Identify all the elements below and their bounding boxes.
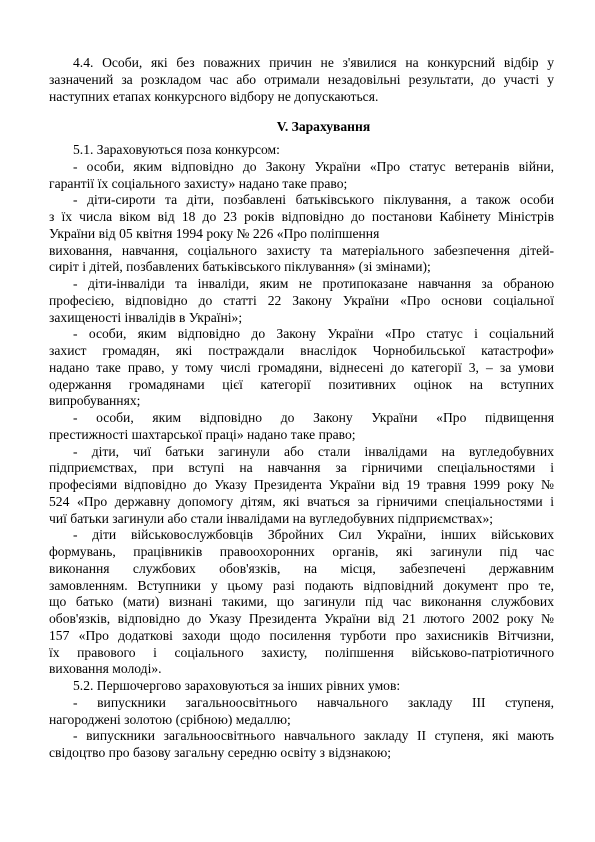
item-gold-medal: - випускники загальноосвітнього навчальн…	[49, 695, 554, 729]
text-line: престижності шахтарської праці» надано т…	[49, 427, 554, 444]
text-line: 524 «Про державну допомогу дітям, які вч…	[49, 494, 554, 511]
text-line: одержання громадянами цієї категорії поз…	[49, 377, 554, 394]
text-line: України від 05 квітня 1994 року № 226 «П…	[49, 226, 554, 243]
text-line: - особи, яким відповідно до Закону Украї…	[49, 410, 554, 427]
text-line: - діти, чиї батьки загинули або стали ін…	[49, 444, 554, 461]
text-line: професіями відповідно до Указу Президент…	[49, 477, 554, 494]
text-line: - особи, яким відповідно до Закону Украї…	[49, 326, 554, 343]
para-4-4: 4.4. Особи, які без поважних причин не з…	[49, 55, 554, 105]
text-line: чиї батьки загинули або стали інвалідами…	[49, 511, 554, 528]
para-5-2-intro: 5.2. Першочергово зараховуються за інших…	[49, 678, 554, 695]
text-line: виконання службових обов'язків, на місця…	[49, 561, 554, 578]
text-line: сиріт і дітей, позбавлених батьківського…	[49, 259, 554, 276]
text-line: 157 «Про додаткові заходи щодо посилення…	[49, 628, 554, 645]
text-line: зазначений за розкладом час або отримали…	[49, 72, 554, 89]
text-line: замовленням. Вступники у цьому разі пода…	[49, 578, 554, 595]
text-line: формувань, працівників правоохоронних ор…	[49, 544, 554, 561]
text-line: - діти військовослужбовців Збройних Сил …	[49, 527, 554, 544]
section-heading-v: V. Зарахування	[93, 119, 554, 136]
text-line: захист громадян, які постраждали внаслід…	[49, 343, 554, 360]
item-disabled-children: - діти-інваліди та інваліди, яким не про…	[49, 276, 554, 326]
text-line: захищеності інвалідів в Україні»;	[49, 310, 554, 327]
item-orphans: - діти-сироти та діти, позбавлені батькі…	[49, 192, 554, 276]
text-line: обов'язків, відповідно до Указу Президен…	[49, 611, 554, 628]
text-line: - діти-сироти та діти, позбавлені батькі…	[49, 192, 554, 209]
item-servicemen-children: - діти військовослужбовців Збройних Сил …	[49, 527, 554, 678]
text-line: свідоцтво про базову загальну середню ос…	[49, 745, 554, 762]
text-line: гарантії їх соціального захисту» надано …	[49, 176, 554, 193]
item-miners-children: - діти, чиї батьки загинули або стали ін…	[49, 444, 554, 528]
text-line: - випускники загальноосвітнього навчальн…	[49, 728, 554, 745]
text-line: - діти-інваліди та інваліди, яким не про…	[49, 276, 554, 293]
text-line: їх правового і соціального захисту, полі…	[49, 645, 554, 662]
text-line: виховання молоді».	[49, 661, 554, 678]
text-line: професією, відповідно до статті 22 Закон…	[49, 293, 554, 310]
text-line: наступних етапах конкурсного відбору не …	[49, 89, 554, 106]
text-line: 4.4. Особи, які без поважних причин не з…	[49, 55, 554, 72]
item-war-veterans: - особи, яким відповідно до Закону Украї…	[49, 159, 554, 193]
para-5-1-intro: 5.1. Зараховуються поза конкурсом:	[49, 142, 554, 159]
text-line: надано таке право, у тому числі громадян…	[49, 360, 554, 377]
item-distinction-certificate: - випускники загальноосвітнього навчальн…	[49, 728, 554, 762]
document-page: 4.4. Особи, які без поважних причин не з…	[0, 0, 595, 842]
text-line: нагороджені золотою (срібною) медаллю;	[49, 712, 554, 729]
text-line: 5.2. Першочергово зараховуються за інших…	[49, 678, 554, 695]
item-miners-prestige: - особи, яким відповідно до Закону Украї…	[49, 410, 554, 444]
item-chornobyl: - особи, яким відповідно до Закону Украї…	[49, 326, 554, 410]
text-line: підприємствах, при вступі на навчання за…	[49, 460, 554, 477]
text-line: з їх числа віком від 18 до 23 років відп…	[49, 209, 554, 226]
text-line: 5.1. Зараховуються поза конкурсом:	[49, 142, 554, 159]
text-line: - випускники загальноосвітнього навчальн…	[49, 695, 554, 712]
text-line: - особи, яким відповідно до Закону Украї…	[49, 159, 554, 176]
text-line: випробуваннях;	[49, 393, 554, 410]
text-line: що батько (мати) визнані такими, що заги…	[49, 594, 554, 611]
text-line: виховання, навчання, соціального захисту…	[49, 243, 554, 260]
